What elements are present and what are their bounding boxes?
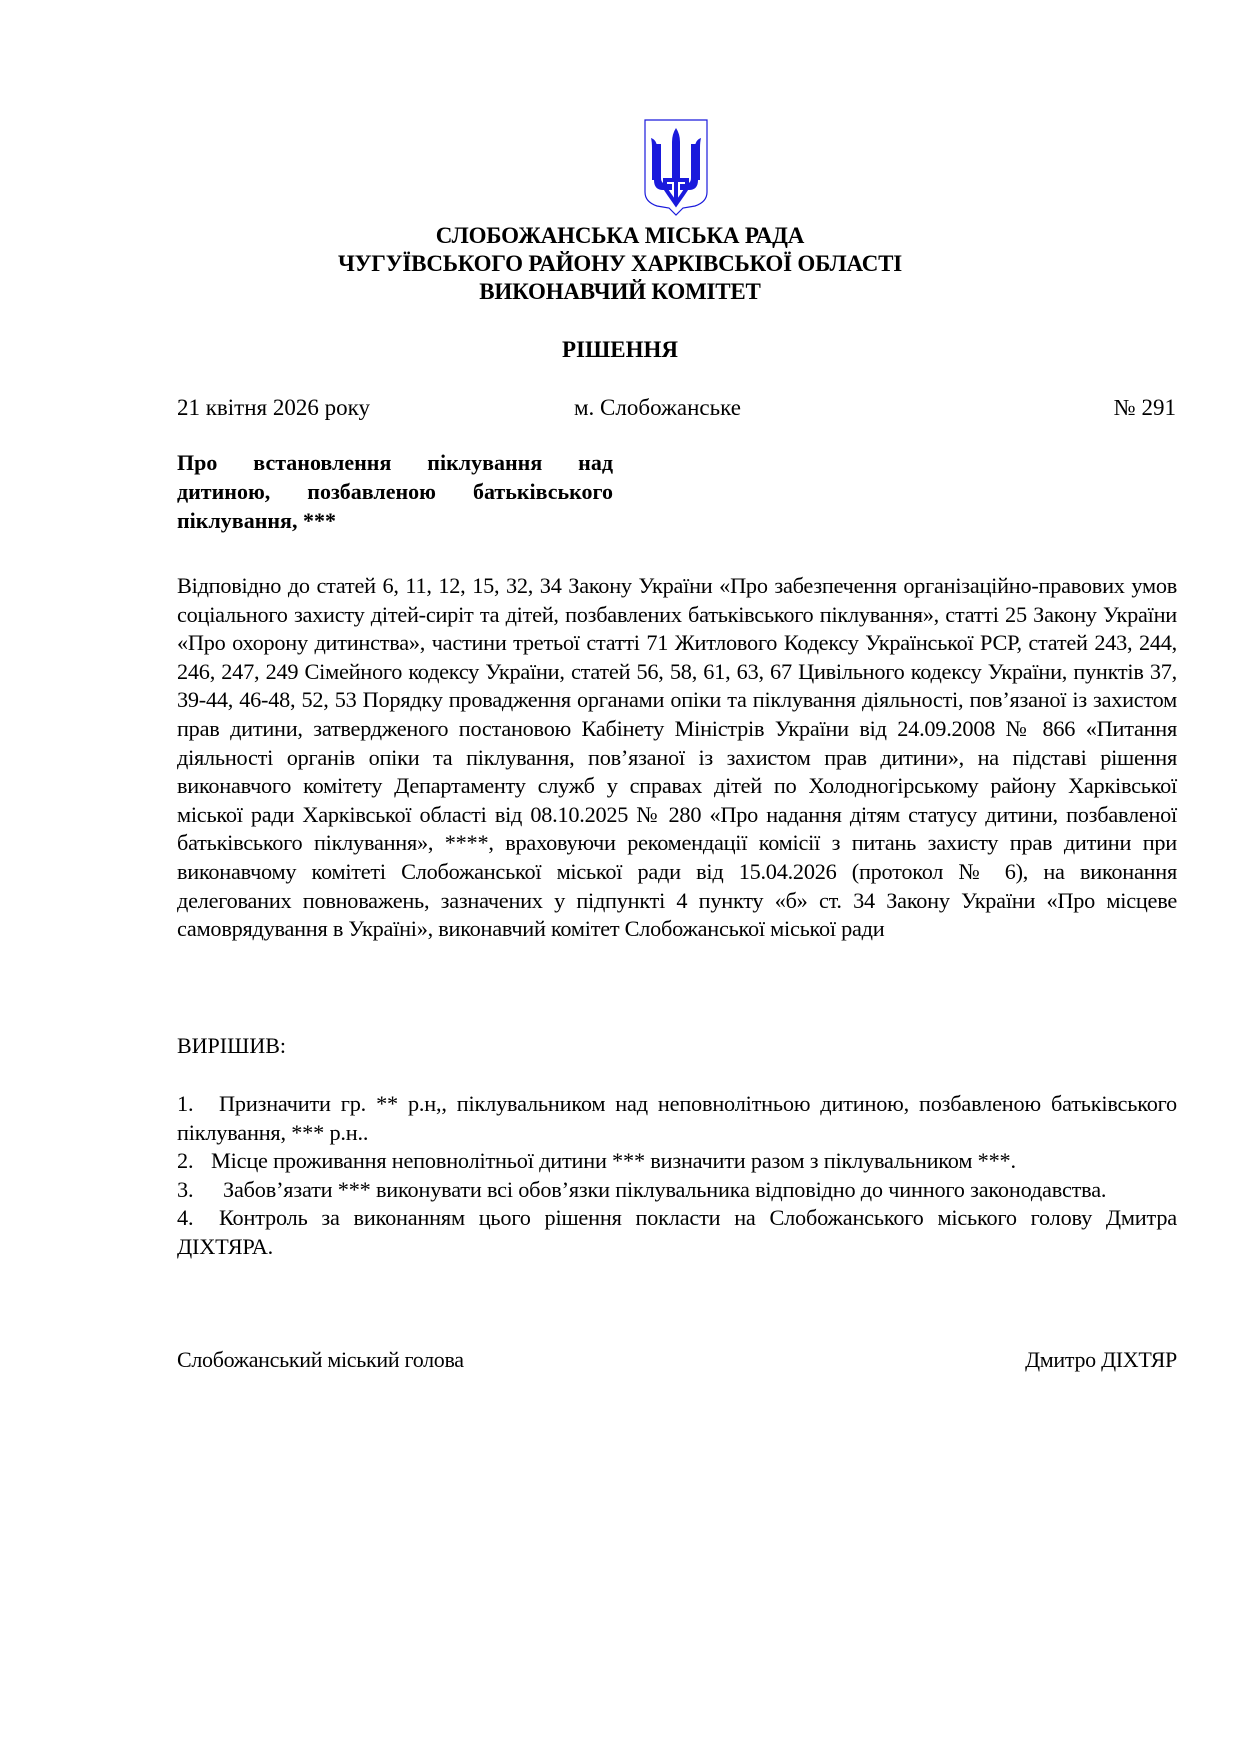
signatory-name: Дмитро ДІХТЯР [1025, 1346, 1177, 1374]
document-city: м. Слобожанське [574, 394, 741, 422]
document-page: СЛОБОЖАНСЬКА МІСЬКА РАДА ЧУГУЇВСЬКОГО РА… [0, 0, 1240, 1754]
issuer-district-region: ЧУГУЇВСЬКОГО РАЙОНУ ХАРКІВСЬКОЇ ОБЛАСТІ [0, 250, 1240, 278]
resolved-label: ВИРІШИВ: [177, 1032, 286, 1060]
item-text: Місце проживання неповнолітньої дитини *… [211, 1148, 1016, 1173]
document-date: 21 квітня 2026 року [177, 394, 370, 422]
ukraine-trident-coat-of-arms-icon [643, 118, 709, 216]
item-text: Призначити гр. ** р.н,, піклувальником н… [177, 1091, 1177, 1145]
item-number: 3. [177, 1176, 223, 1205]
decision-items: 1.Призначити гр. ** р.н,, піклувальником… [177, 1090, 1177, 1262]
issuer-executive-committee: ВИКОНАВЧИЙ КОМІТЕТ [0, 278, 1240, 306]
item-number: 2. [177, 1147, 211, 1176]
decision-item-2: 2.Місце проживання неповнолітньої дитини… [177, 1147, 1177, 1176]
item-number: 4. [177, 1204, 219, 1233]
decision-item-1: 1.Призначити гр. ** р.н,, піклувальником… [177, 1090, 1177, 1147]
signatory-role: Слобожанський міський голова [177, 1346, 464, 1374]
decision-item-4: 4.Контроль за виконанням цього рішення п… [177, 1204, 1177, 1261]
item-number: 1. [177, 1090, 219, 1119]
preamble-paragraph: Відповідно до статей 6, 11, 12, 15, 32, … [177, 572, 1177, 944]
item-text: Забов’язати *** виконувати всі обов’язки… [223, 1177, 1106, 1202]
item-text: Контроль за виконанням цього рішення пок… [177, 1205, 1177, 1259]
document-type-title: РІШЕННЯ [0, 336, 1240, 364]
issuer-council-name: СЛОБОЖАНСЬКА МІСЬКА РАДА [0, 222, 1240, 250]
document-subject: Про встановлення піклування над дитиною,… [177, 448, 613, 535]
document-number: № 291 [1114, 394, 1176, 422]
issuer-header: СЛОБОЖАНСЬКА МІСЬКА РАДА ЧУГУЇВСЬКОГО РА… [0, 222, 1240, 306]
decision-item-3: 3.Забов’язати *** виконувати всі обов’яз… [177, 1176, 1177, 1205]
